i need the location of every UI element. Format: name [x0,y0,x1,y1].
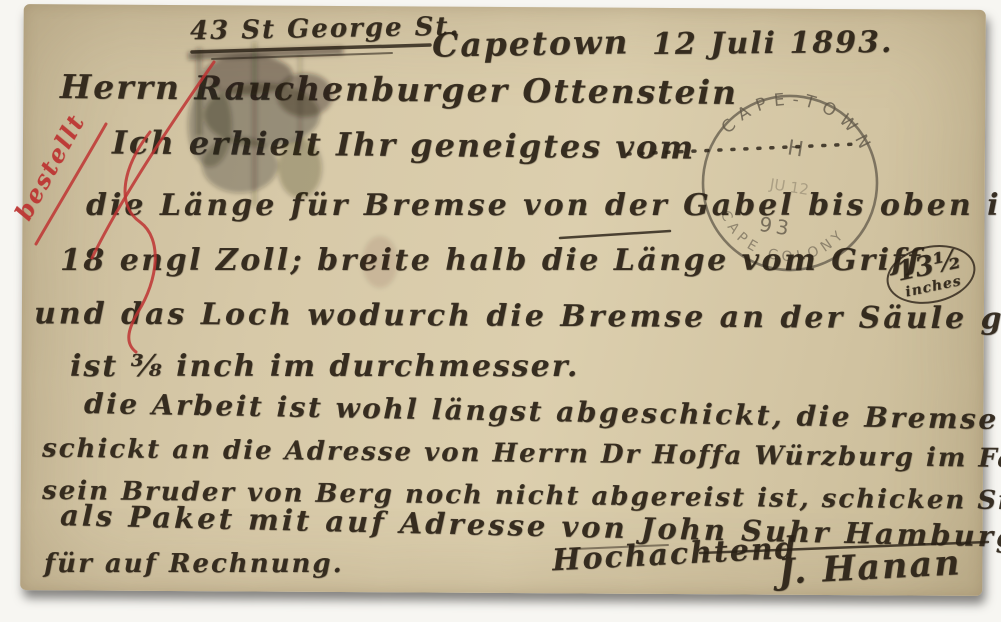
body-line: und das Loch wodurch die Bremse an der S… [34,296,1001,336]
body-line: Ich erhielt Ihr geneigtes vom [112,123,695,166]
body-line: die Länge für Bremse von der Gabel bis o… [86,188,1001,223]
body-line: 18 engl Zoll; breite halb die Länge vom … [60,243,922,278]
body-line: für auf Rechnung. [44,549,344,579]
dateline-date: 12 Juli 1893. [652,25,894,62]
photo-background: CAPE-TOWN CAPE COLONY H JU 12 93 43 St G… [0,0,1001,622]
dateline-place: Capetown [432,22,630,64]
address-line: 43 St George St. [190,12,461,47]
salutation: Herrn Rauchenburger Ottenstein [60,67,738,112]
body-line: ist ⅜ inch im durchmesser. [70,349,579,384]
